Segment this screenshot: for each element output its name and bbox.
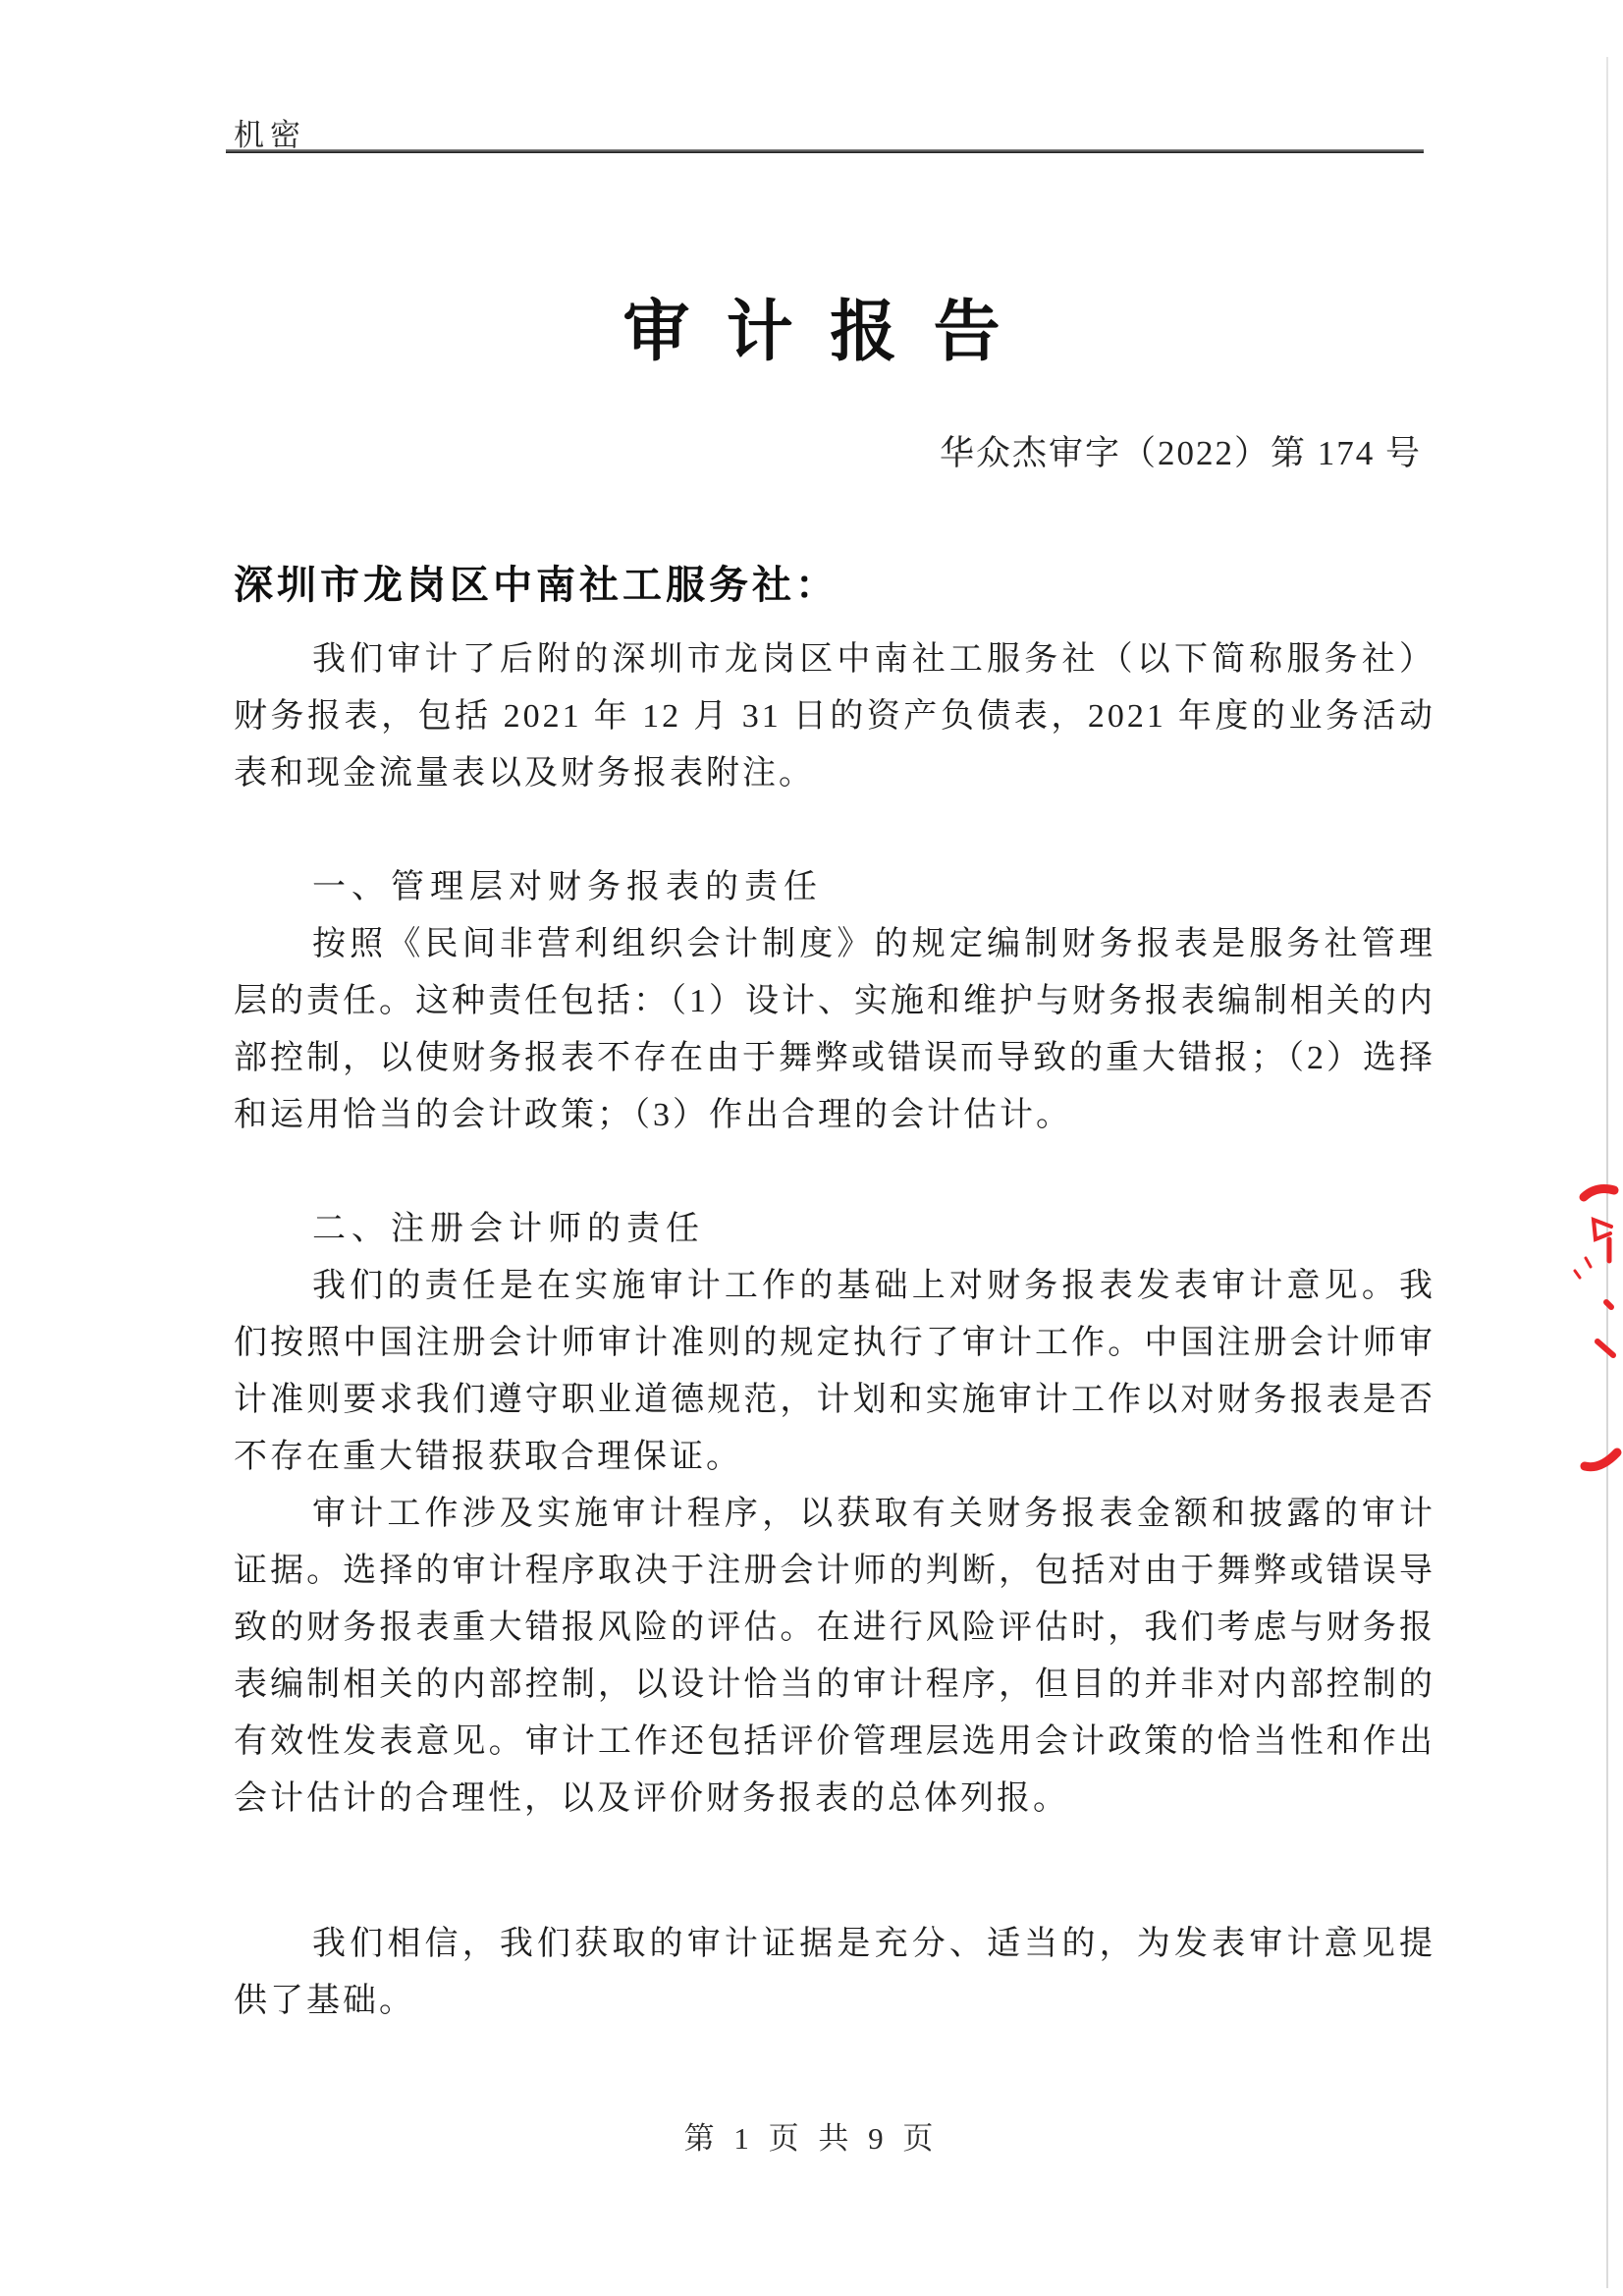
closing-paragraph: 我们相信，我们获取的审计证据是充分、适当的，为发表审计意见提供了基础。 [234,1916,1435,2030]
section-2-paragraph-1: 我们的责任是在实施审计工作的基础上对财务报表发表审计意见。我们按照中国注册会计师… [234,1258,1435,1486]
section-2-paragraph-2: 审计工作涉及实施审计程序，以获取有关财务报表金额和披露的审计证据。选择的审计程序… [234,1486,1435,1828]
classification-label: 机密 [234,110,306,154]
intro-paragraph: 我们审计了后附的深圳市龙岗区中南社工服务社（以下简称服务社）财务报表，包括 20… [234,631,1435,802]
audit-report-page: 机密 审计报告 华众杰审字（2022）第 174 号 深圳市龙岗区中南社工服务社… [0,0,1623,2296]
page-number: 第 1 页 共 9 页 [0,2113,1623,2158]
section-1-paragraph: 按照《民间非营利组织会计制度》的规定编制财务报表是服务社管理层的责任。这种责任包… [234,916,1435,1144]
section-1-heading: 一、管理层对财务报表的责任 [234,859,1435,916]
document-number: 华众杰审字（2022）第 174 号 [234,426,1422,475]
section-2-body: 我们的责任是在实施审计工作的基础上对财务报表发表审计意见。我们按照中国注册会计师… [234,1258,1435,1828]
header-rule [226,149,1424,153]
closing-paragraph-block: 我们相信，我们获取的审计证据是充分、适当的，为发表审计意见提供了基础。 [234,1916,1435,2030]
red-pen-marks-group [1575,1189,1617,1467]
intro-paragraph-block: 我们审计了后附的深圳市龙岗区中南社工服务社（以下简称服务社）财务报表，包括 20… [234,631,1435,802]
red-pen-marks [1561,1169,1623,1483]
section-2-heading: 二、注册会计师的责任 [234,1201,1435,1258]
section-1-body: 按照《民间非营利组织会计制度》的规定编制财务报表是服务社管理层的责任。这种责任包… [234,916,1435,1144]
addressee-heading: 深圳市龙岗区中南社工服务社： [234,554,839,610]
document-title: 审计报告 [0,279,1623,374]
